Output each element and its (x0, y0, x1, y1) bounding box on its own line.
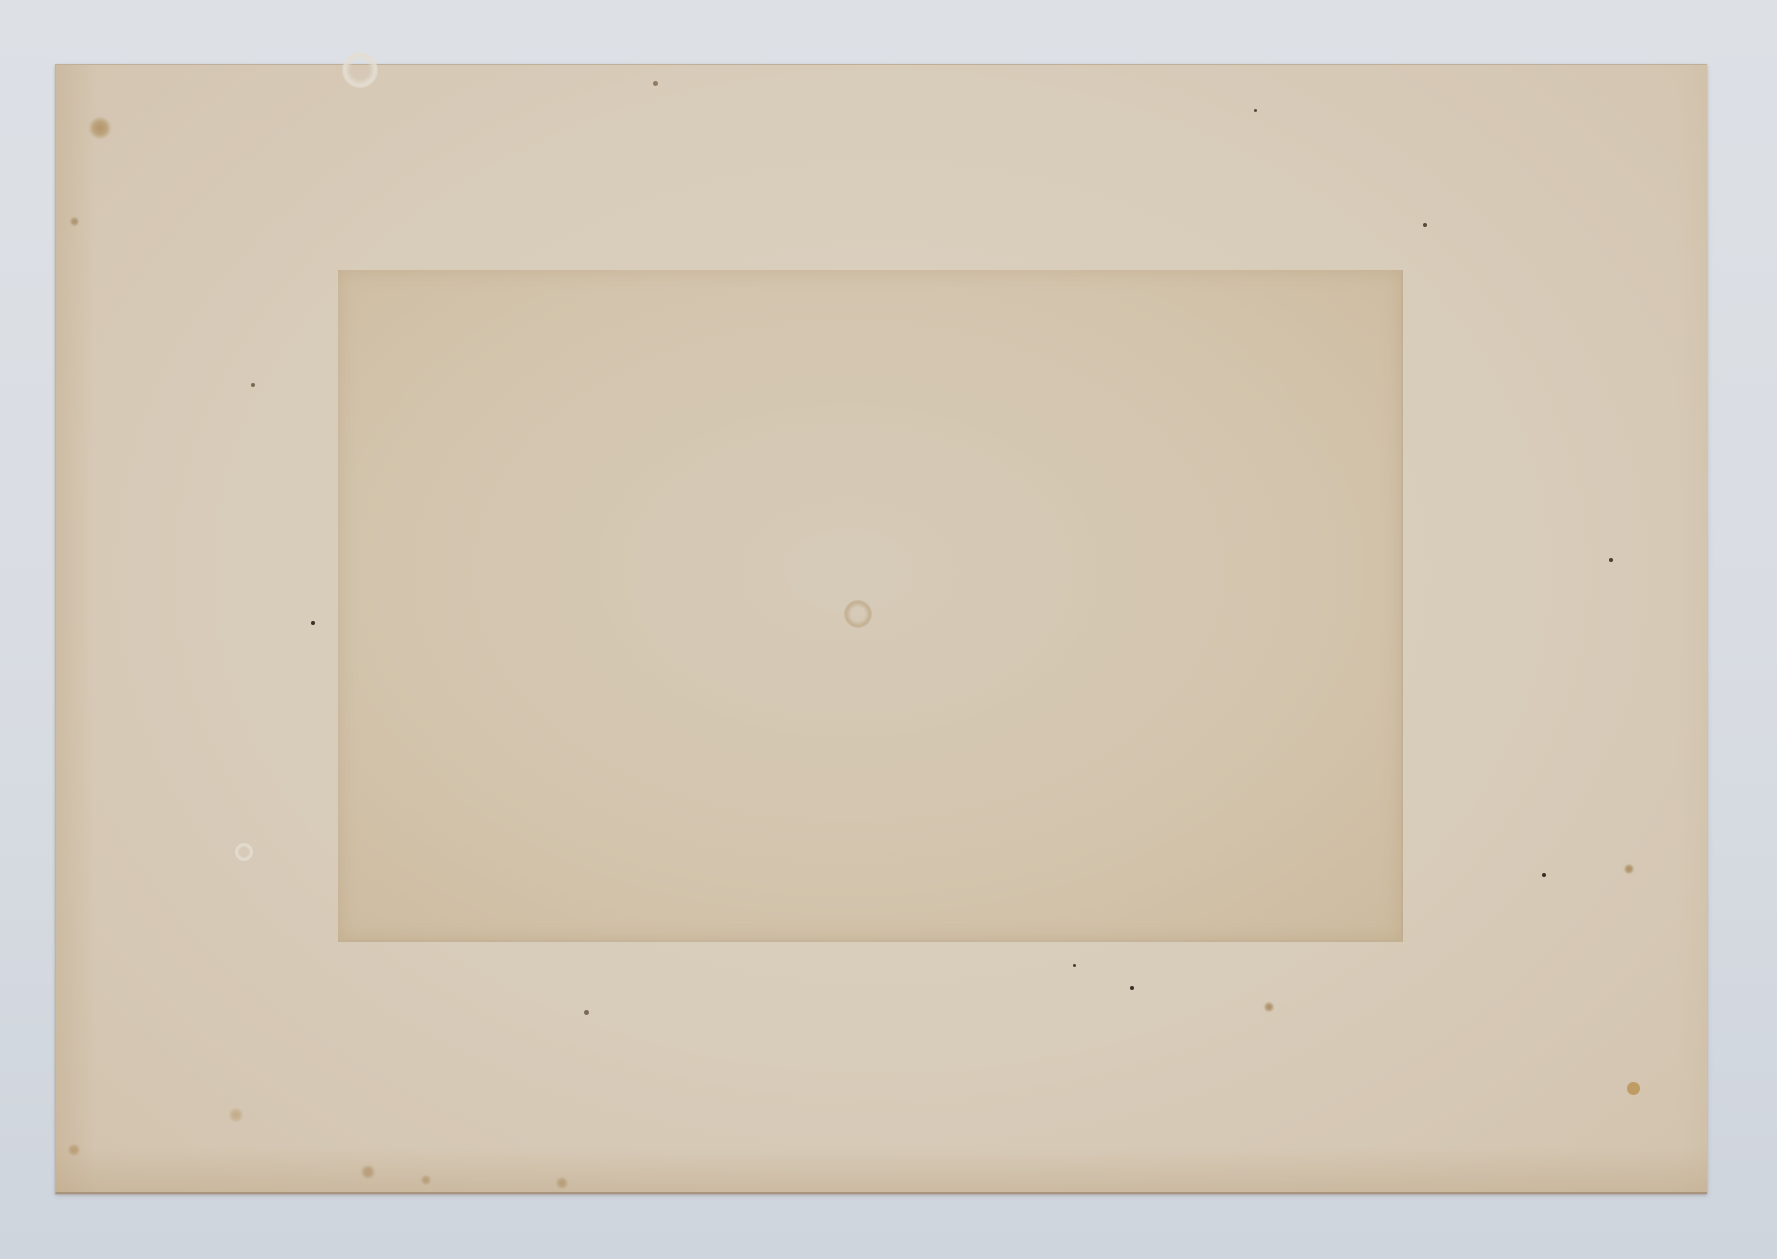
plate-mark-impression (338, 270, 1403, 942)
paper-speck (1130, 986, 1134, 990)
foxing-stain (361, 1165, 375, 1179)
paper-speck (311, 621, 315, 625)
paper-speck (584, 1010, 589, 1015)
foxing-stain (229, 1108, 243, 1122)
foxing-stain (70, 217, 79, 226)
water-stain-ring (844, 600, 872, 628)
paper-speck (1073, 964, 1076, 967)
water-stain-ring (342, 52, 378, 88)
foxing-stain (556, 1177, 568, 1189)
paper-speck (653, 81, 658, 86)
foxing-stain (68, 1144, 80, 1156)
water-stain-ring (235, 843, 253, 861)
foxing-stain (1264, 1002, 1274, 1012)
photo-scene (0, 0, 1777, 1259)
paper-speck (1542, 873, 1546, 877)
paper-speck (1254, 109, 1257, 112)
paper-speck (251, 383, 255, 387)
foxing-stain (89, 117, 111, 139)
foxing-stain (421, 1175, 431, 1185)
paper-speck (1423, 223, 1427, 227)
paper-speck (1609, 558, 1613, 562)
paper-speck (1627, 1082, 1640, 1095)
paper-sheet (55, 64, 1707, 1194)
foxing-stain (1624, 864, 1634, 874)
